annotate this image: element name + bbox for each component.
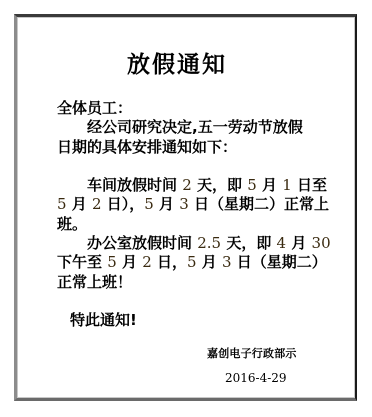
signature: 嘉创电子行政部示 [207, 345, 297, 361]
office-line-2: 下午至 5 月 2 日，5 月 3 日（星期二） [57, 253, 317, 272]
notice-body: 全体员工： 经公司研究决定,五一劳动节放假 日期的具体安排通知如下： 车间放假时… [57, 99, 317, 331]
notice-date: 2016-4-29 [225, 371, 287, 385]
intro-line-2: 日期的具体安排通知如下： [57, 138, 317, 157]
notice-document: 放假通知 全体员工： 经公司研究决定,五一劳动节放假 日期的具体安排通知如下： … [14, 14, 357, 401]
office-line-1: 办公室放假时间 2.5 天，即 4 月 30 [57, 234, 317, 253]
notice-title: 放假通知 [8, 51, 346, 79]
closing-text: 特此通知! [57, 311, 317, 330]
blank-line [57, 292, 317, 311]
workshop-line-3: 班。 [57, 215, 317, 234]
office-line-3: 正常上班！ [57, 273, 317, 292]
intro-line-1: 经公司研究决定,五一劳动节放假 [57, 118, 317, 137]
blank-line [57, 157, 317, 176]
workshop-line-2: 5 月 2 日），5 月 3 日（星期二）正常上 [57, 195, 317, 214]
workshop-line-1: 车间放假时间 2 天，即 5 月 1 日至 [57, 176, 317, 195]
salutation: 全体员工： [57, 99, 317, 118]
